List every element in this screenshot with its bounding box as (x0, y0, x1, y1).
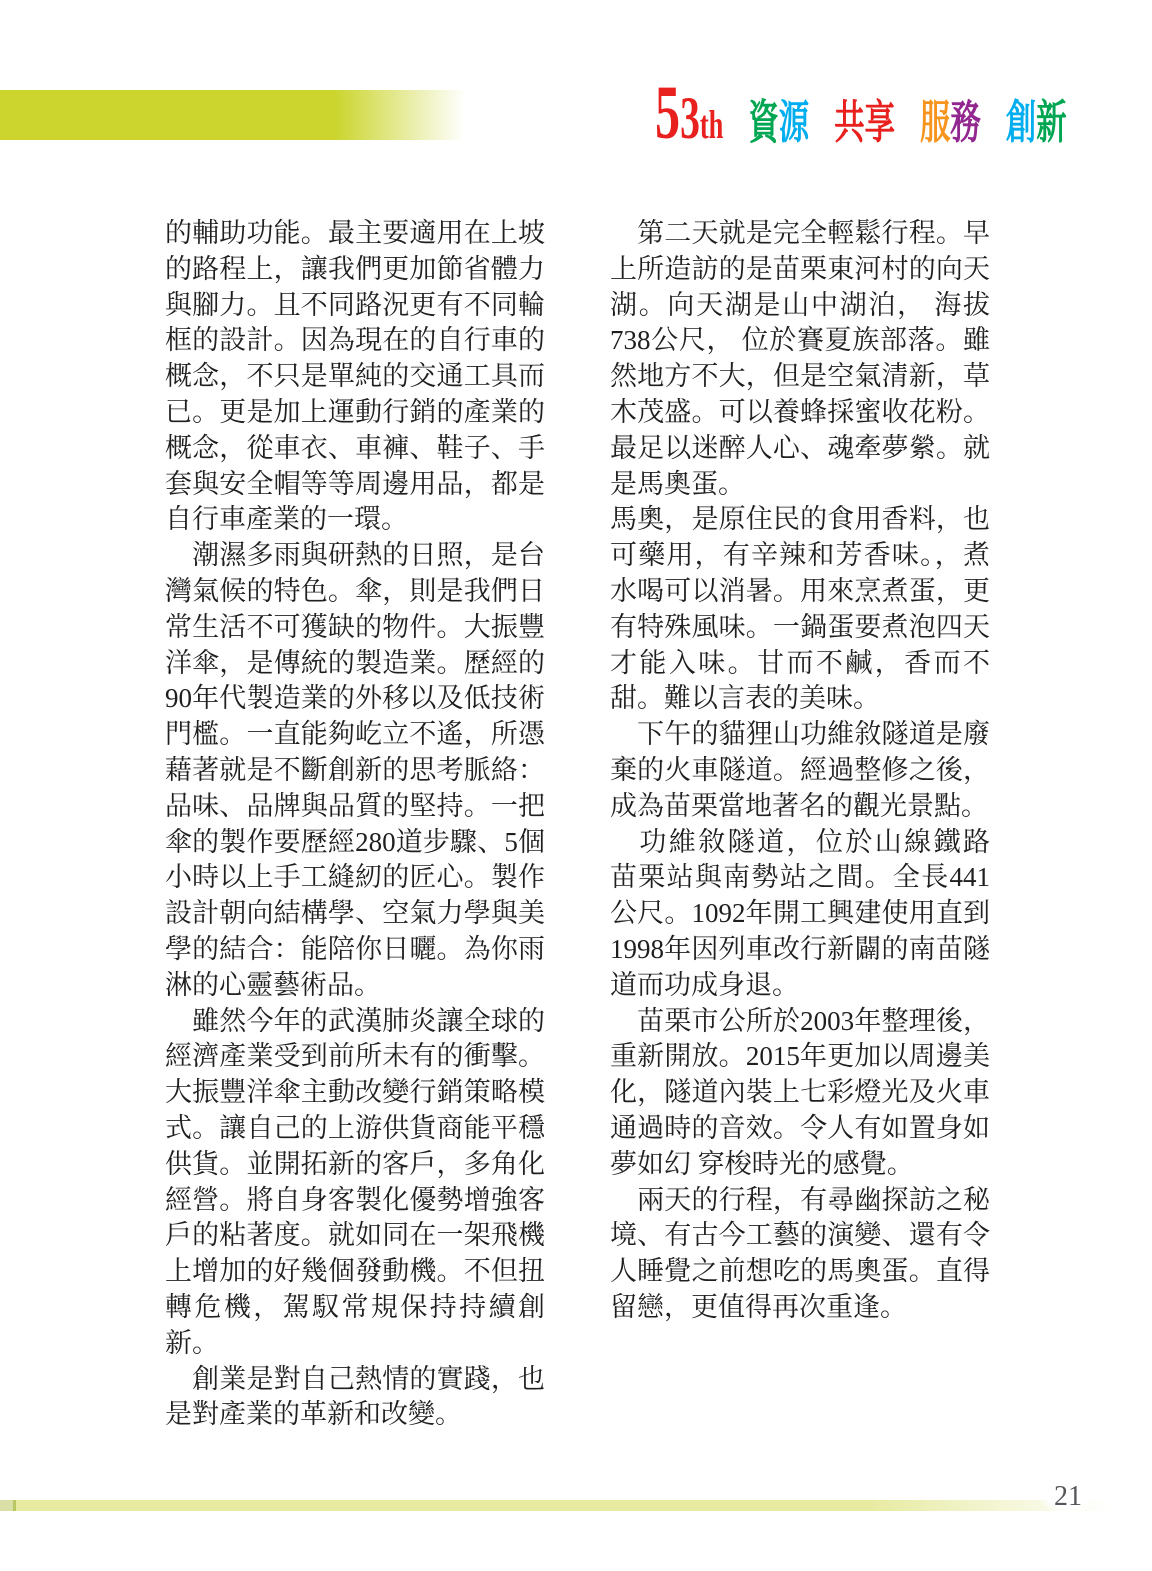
text-line: 框的設計。因為現在的自行車的 (165, 323, 545, 359)
text-line: 的路程上，讓我們更加節省體力 (165, 252, 545, 288)
text-line: 才能入味。甘而不鹹，香而不 (610, 646, 990, 682)
text-line: 苗栗站與南勢站之間。全長441 (610, 860, 990, 896)
page-number: 21 (1040, 1480, 1096, 1514)
text-line: 傘的製作要歷經280道步驟、5個 (165, 825, 545, 861)
text-line: 成為苗栗當地著名的觀光景點。 (610, 789, 990, 825)
text-line: 90年代製造業的外移以及低技術 (165, 681, 545, 717)
text-line: 概念，不只是單純的交通工具而 (165, 359, 545, 395)
text-line: 可藥用，有辛辣和芳香味。，煮 (610, 538, 990, 574)
text-line: 功維敘隧道，位於山線鐵路 (610, 825, 990, 861)
paragraph: 苗栗市公所於2003年整理後，重新開放。2015年更加以周邊美化，隧道內裝上七彩… (610, 1004, 990, 1183)
text-line: 馬奧，是原住民的食用香料，也 (610, 502, 990, 538)
text-line: 套與安全帽等等周邊用品，都是 (165, 467, 545, 503)
text-line: 門檻。一直能夠屹立不遙，所憑 (165, 717, 545, 753)
slogan-char: 創 (1006, 96, 1036, 148)
text-line: 上所造訪的是苗栗東河村的向天 (610, 252, 990, 288)
slogan-char: 新 (1036, 96, 1066, 148)
text-line: 小時以上手工縫紉的匠心。製作 (165, 860, 545, 896)
text-line: 常生活不可獲缺的物件。大振豐 (165, 610, 545, 646)
text-line: 上增加的好幾個發動機。不但扭 (165, 1254, 545, 1290)
header-accent-bar (0, 90, 465, 140)
text-line: 公尺。1092年開工興建使用直到 (610, 896, 990, 932)
text-line: 供貨。並開拓新的客戶，多角化 (165, 1147, 545, 1183)
masthead-slogan: 資源共享服務創新 (723, 125, 1066, 142)
slogan-word: 服務 (920, 125, 981, 142)
text-line: 藉著就是不斷創新的思考脈絡： (165, 753, 545, 789)
slogan-word: 資源 (748, 125, 809, 142)
text-line: 苗栗市公所於2003年整理後， (610, 1004, 990, 1040)
masthead: 53th資源共享服務創新 (655, 75, 1067, 172)
footer-accent-bar (0, 1500, 1115, 1511)
paragraph: 雖然今年的武漢肺炎讓全球的經濟產業受到前所未有的衝擊。大振豐洋傘主動改變行銷策略… (165, 1004, 545, 1362)
text-line: 留戀，更值得再次重逢。 (610, 1290, 990, 1326)
paragraph: 創業是對自己熱情的實踐，也是對產業的革新和改變。 (165, 1362, 545, 1434)
text-line: 湖。向天湖是山中湖泊， 海拔高 (610, 288, 990, 324)
text-line: 潮濕多雨與研熱的日照，是台 (165, 538, 545, 574)
text-line: 品味、品牌與品質的堅持。一把 (165, 789, 545, 825)
text-line: 洋傘，是傳統的製造業。歷經的 (165, 646, 545, 682)
text-line: 是馬奧蛋。 (610, 467, 990, 503)
text-line: 重新開放。2015年更加以周邊美 (610, 1039, 990, 1075)
text-line: 設計朝向結構學、空氣力學與美 (165, 896, 545, 932)
text-line: 人睡覺之前想吃的馬奧蛋。直得 (610, 1254, 990, 1290)
paragraph: 第二天就是完全輕鬆行程。早上所造訪的是苗栗東河村的向天湖。向天湖是山中湖泊， 海… (610, 216, 990, 502)
text-line: 道而功成身退。 (610, 968, 990, 1004)
text-line: 738公尺， 位於賽夏族部落。雖 (610, 323, 990, 359)
edition-number-small: 3 (680, 85, 700, 151)
text-line: 境、有古今工藝的演變、還有令 (610, 1218, 990, 1254)
text-line: 概念，從車衣、車褲、鞋子、手 (165, 431, 545, 467)
text-line: 轉危機，駕馭常規保持持續創 (165, 1290, 545, 1326)
slogan-char: 共 (834, 96, 864, 148)
text-line: 新。 (165, 1326, 545, 1362)
text-line: 甜。難以言表的美味。 (610, 681, 990, 717)
text-line: 創業是對自己熱情的實踐，也 (165, 1362, 545, 1398)
paragraph: 的輔助功能。最主要適用在上坡的路程上，讓我們更加節省體力與腳力。且不同路況更有不… (165, 216, 545, 538)
text-line: 經營。將自身客製化優勢增強客 (165, 1183, 545, 1219)
slogan-char: 務 (950, 96, 980, 148)
text-line: 化，隧道內裝上七彩燈光及火車 (610, 1075, 990, 1111)
text-line: 淋的心靈藝術品。 (165, 968, 545, 1004)
article-column-right: 第二天就是完全輕鬆行程。早上所造訪的是苗栗東河村的向天湖。向天湖是山中湖泊， 海… (610, 216, 990, 1326)
text-line: 第二天就是完全輕鬆行程。早 (610, 216, 990, 252)
text-line: 水喝可以消暑。用來烹煮蛋，更 (610, 574, 990, 610)
text-line: 有特殊風味。一鍋蛋要煮泡四天 (610, 610, 990, 646)
paragraph: 潮濕多雨與研熱的日照，是台灣氣候的特色。傘，則是我們日常生活不可獲缺的物件。大振… (165, 538, 545, 1003)
text-line: 已。更是加上運動行銷的產業的 (165, 395, 545, 431)
paragraph: 馬奧，是原住民的食用香料，也可藥用，有辛辣和芳香味。，煮水喝可以消暑。用來烹煮蛋… (610, 502, 990, 717)
text-line: 雖然今年的武漢肺炎讓全球的 (165, 1004, 545, 1040)
slogan-char: 服 (920, 96, 950, 148)
text-line: 木茂盛。可以養蜂採蜜收花粉。 (610, 395, 990, 431)
text-line: 戶的粘著度。就如同在一架飛機 (165, 1218, 545, 1254)
text-line: 式。讓自己的上游供貨商能平穩 (165, 1111, 545, 1147)
text-line: 然地方不大，但是空氣清新，草 (610, 359, 990, 395)
text-line: 經濟產業受到前所未有的衝擊。 (165, 1039, 545, 1075)
slogan-word: 共享 (834, 125, 895, 142)
edition-ordinal: th (700, 102, 723, 147)
text-line: 大振豐洋傘主動改變行銷策略模 (165, 1075, 545, 1111)
edition-number-large: 5 (655, 71, 680, 155)
slogan-char: 源 (779, 96, 809, 148)
magazine-page: 53th資源共享服務創新 的輔助功能。最主要適用在上坡的路程上，讓我們更加節省體… (0, 0, 1152, 1571)
text-line: 與腳力。且不同路況更有不同輪 (165, 288, 545, 324)
slogan-word: 創新 (1006, 125, 1067, 142)
article-column-left: 的輔助功能。最主要適用在上坡的路程上，讓我們更加節省體力與腳力。且不同路況更有不… (165, 216, 545, 1433)
slogan-char: 資 (748, 96, 778, 148)
text-line: 灣氣候的特色。傘，則是我們日 (165, 574, 545, 610)
text-line: 自行車產業的一環。 (165, 502, 545, 538)
text-line: 夢如幻 穿梭時光的感覺。 (610, 1147, 990, 1183)
text-line: 是對產業的革新和改變。 (165, 1397, 545, 1433)
text-line: 兩天的行程，有尋幽探訪之秘 (610, 1183, 990, 1219)
paragraph: 兩天的行程，有尋幽探訪之秘境、有古今工藝的演變、還有令人睡覺之前想吃的馬奧蛋。直… (610, 1183, 990, 1326)
paragraph: 功維敘隧道，位於山線鐵路苗栗站與南勢站之間。全長441公尺。1092年開工興建使… (610, 825, 990, 1004)
text-line: 最足以迷醉人心、魂牽夢縈。就 (610, 431, 990, 467)
text-line: 通過時的音效。令人有如置身如 (610, 1111, 990, 1147)
text-line: 的輔助功能。最主要適用在上坡 (165, 216, 545, 252)
slogan-char: 享 (865, 96, 895, 148)
text-line: 1998年因列車改行新闢的南苗隧 (610, 932, 990, 968)
text-line: 棄的火車隧道。經過整修之後， (610, 753, 990, 789)
paragraph: 下午的貓狸山功維敘隧道是廢棄的火車隧道。經過整修之後，成為苗栗當地著名的觀光景點… (610, 717, 990, 824)
text-line: 下午的貓狸山功維敘隧道是廢 (610, 717, 990, 753)
text-line: 學的結合：能陪你日曬。為你雨 (165, 932, 545, 968)
